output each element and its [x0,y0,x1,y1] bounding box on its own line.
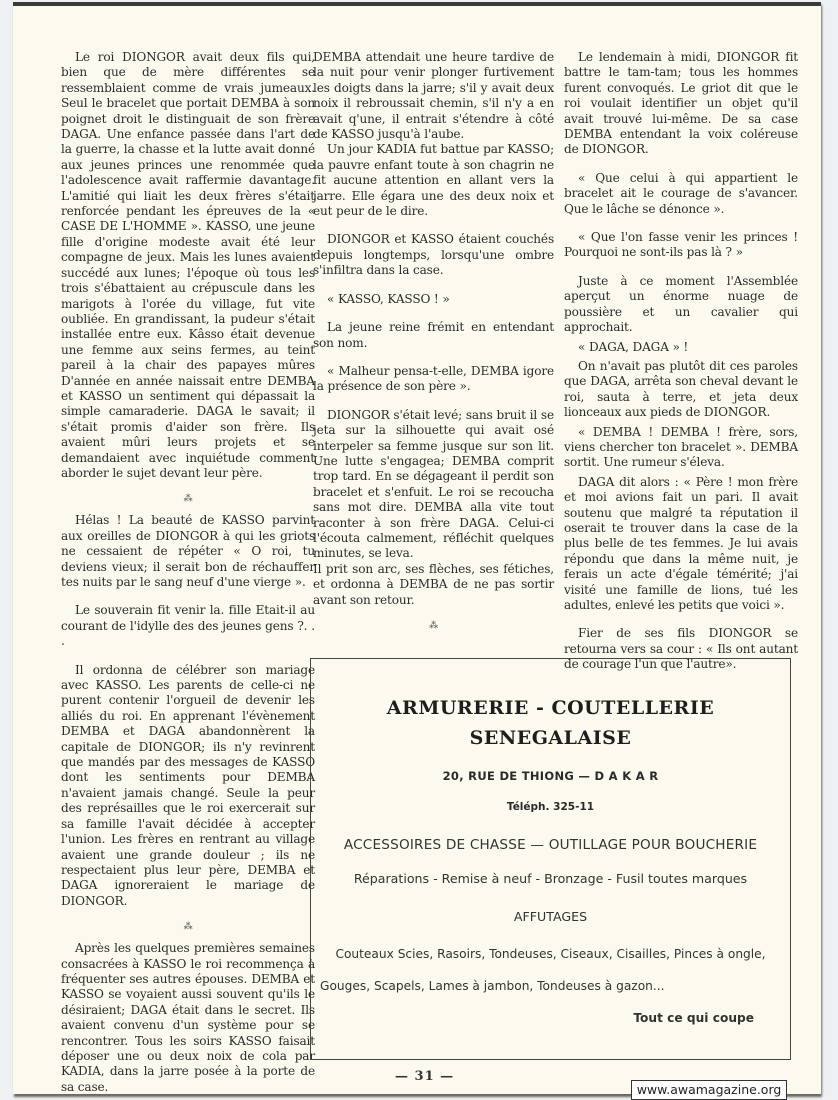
advertisement-box: ARMURERIE - COUTELLERIE SENEGALAISE 20, … [310,658,791,1060]
ad-title: ARMURERIE - COUTELLERIE [311,697,790,719]
ad-repairs: Réparations - Remise à neuf - Bronzage -… [311,871,790,886]
paragraph: Hélas ! La beauté de KASSO parvint aux o… [61,513,315,590]
section-separator: ⁂ [313,622,554,630]
article-column-2: DEMBA attendait une heure tardive de la … [313,50,554,640]
ad-phone: Téléph. 325-11 [311,801,790,813]
paragraph: Le roi DIONGOR avait deux fils qui, bien… [61,50,315,481]
page-number: — 31 — [395,1069,454,1084]
article-column-1: Le roi DIONGOR avait deux fils qui, bien… [61,50,315,1095]
paragraph: Le souverain fit venir la. fille Etait-i… [61,603,315,649]
ad-slogan: Tout ce qui coupe [311,1011,790,1025]
paragraph: DIONGOR s'était levé; sans bruit il se j… [313,408,554,562]
quote: « Malheur pensa-t-elle, DEMBA igore la p… [313,364,554,395]
quote: « KASSO, KASSO ! » [313,292,554,307]
ad-services: ACCESSOIRES DE CHASSE — OUTILLAGE POUR B… [311,837,790,853]
quote: « Que l'on fasse venir les princes ! Pou… [564,230,798,261]
section-separator: ⁂ [61,495,315,503]
quote: « DAGA, DAGA » ! [564,340,798,355]
paragraph: Le lendemain à midi, DIONGOR fit battre … [564,50,798,158]
paragraph: La jeune reine frémit en entendant son n… [313,320,554,351]
paragraph: Un jour KADIA fut battue par KASSO; la p… [313,142,554,219]
quote: « DEMBA ! DEMBA ! frère, sors, viens che… [564,425,798,471]
paragraph: Il prit son arc, ses flèches, ses fétich… [313,562,554,608]
ad-title-secondary: SENEGALAISE [311,727,790,749]
magazine-page: Le roi DIONGOR avait deux fils qui, bien… [13,2,821,1094]
paragraph: DEMBA attendait une heure tardive de la … [313,50,554,142]
section-separator: ⁂ [61,923,315,931]
ad-products-line-1: Couteaux Scies, Rasoirs, Tondeuses, Cise… [311,947,790,961]
article-column-3: Le lendemain à midi, DIONGOR fit battre … [564,50,798,673]
paragraph: On n'avait pas plutôt dit ces paroles qu… [564,359,798,421]
ad-address: 20, RUE DE THIONG — D A K A R [311,769,790,783]
ad-products-line-2: Gouges, Scapels, Lames à jambon, Tondeus… [311,979,790,993]
ad-sharpening-heading: AFFUTAGES [311,909,790,924]
quote: « Que celui à qui appartient le bracelet… [564,171,798,217]
paragraph: Après les quelques premières semaines co… [61,941,315,1095]
paragraph: Juste à ce moment l'Assemblée aperçut un… [564,274,798,336]
watermark-link[interactable]: www.awamagazine.org [631,1080,787,1100]
paragraph: DIONGOR et KASSO étaient couchés depuis … [313,232,554,278]
paragraph: Il ordonna de célébrer son mariage avec … [61,663,315,910]
paragraph: DAGA dit alors : « Père ! mon frère et m… [564,475,798,614]
